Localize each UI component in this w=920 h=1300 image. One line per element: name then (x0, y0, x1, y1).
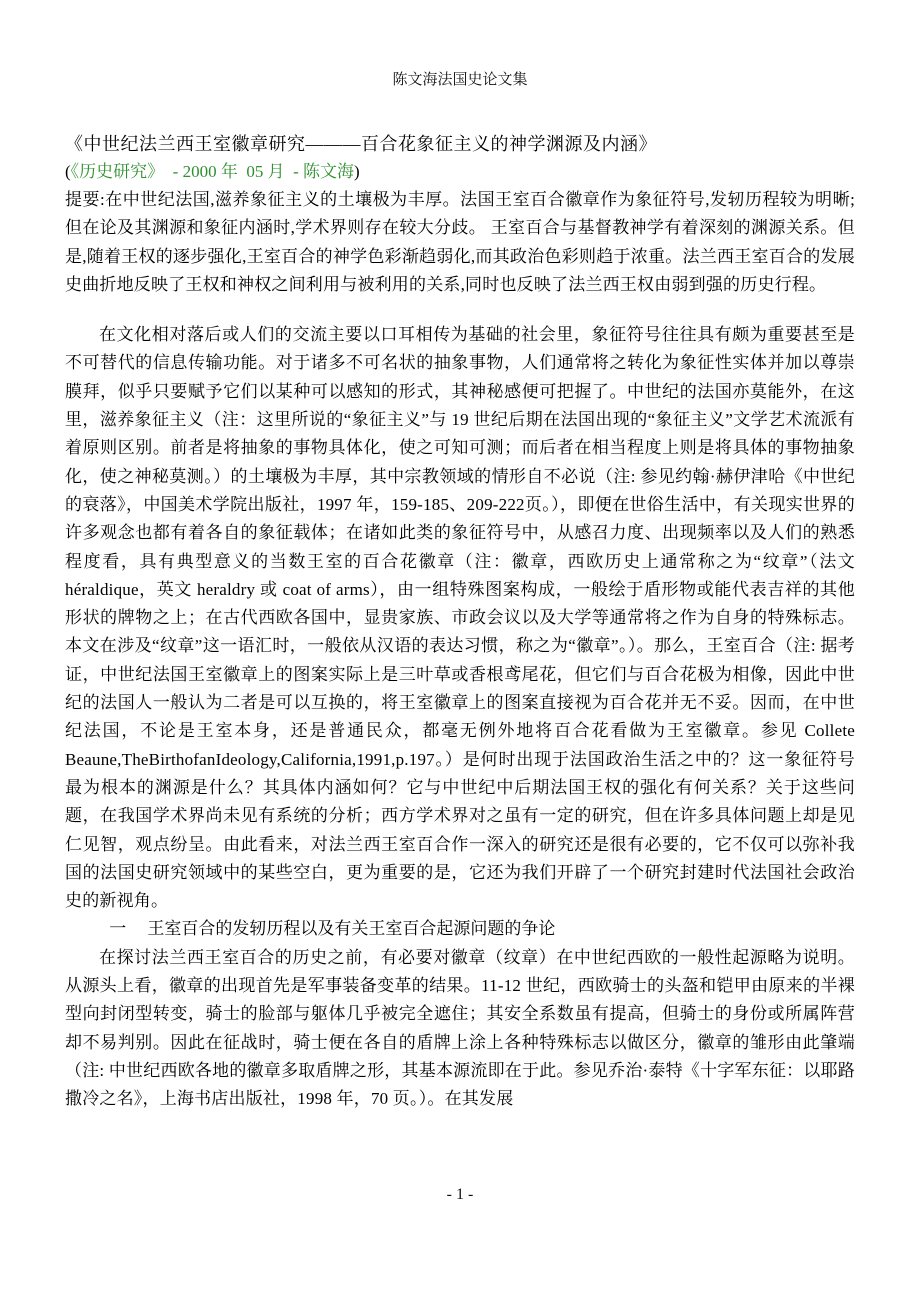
document-header: 陈文海法国史论文集 (65, 70, 855, 90)
page-number: - 1 - (0, 1186, 920, 1204)
body-paragraph-1: 在文化相对落后或人们的交流主要以口耳相传为基础的社会里，象征符号往往具有颇为重要… (65, 321, 855, 915)
byline-issue-date: - 2000 年 05 月 - (164, 162, 303, 181)
article-title: 《中世纪法兰西王室徽章研究———百合花象征主义的神学渊源及内涵》 (65, 130, 855, 158)
section-1-heading: 一 王室百合的发轫历程以及有关王室百合起源问题的争论 (65, 915, 855, 943)
byline-close-paren: ) (354, 162, 360, 181)
abstract-paragraph: 提要:在中世纪法国,滋养象征主义的土壤极为丰厚。法国王室百合徽章作为象征符号,发… (65, 186, 855, 299)
body-paragraph-2: 在探讨法兰西王室百合的历史之前，有必要对徽章（纹章）在中世纪西欧的一般性起源略为… (65, 944, 855, 1114)
document-page: 陈文海法国史论文集 《中世纪法兰西王室徽章研究———百合花象征主义的神学渊源及内… (0, 0, 920, 1300)
byline-journal-name: 《历史研究》 (71, 162, 165, 181)
byline-author-name: 陈文海 (303, 162, 354, 181)
article-byline: (《历史研究》 - 2000 年 05 月 - 陈文海) (65, 158, 855, 186)
